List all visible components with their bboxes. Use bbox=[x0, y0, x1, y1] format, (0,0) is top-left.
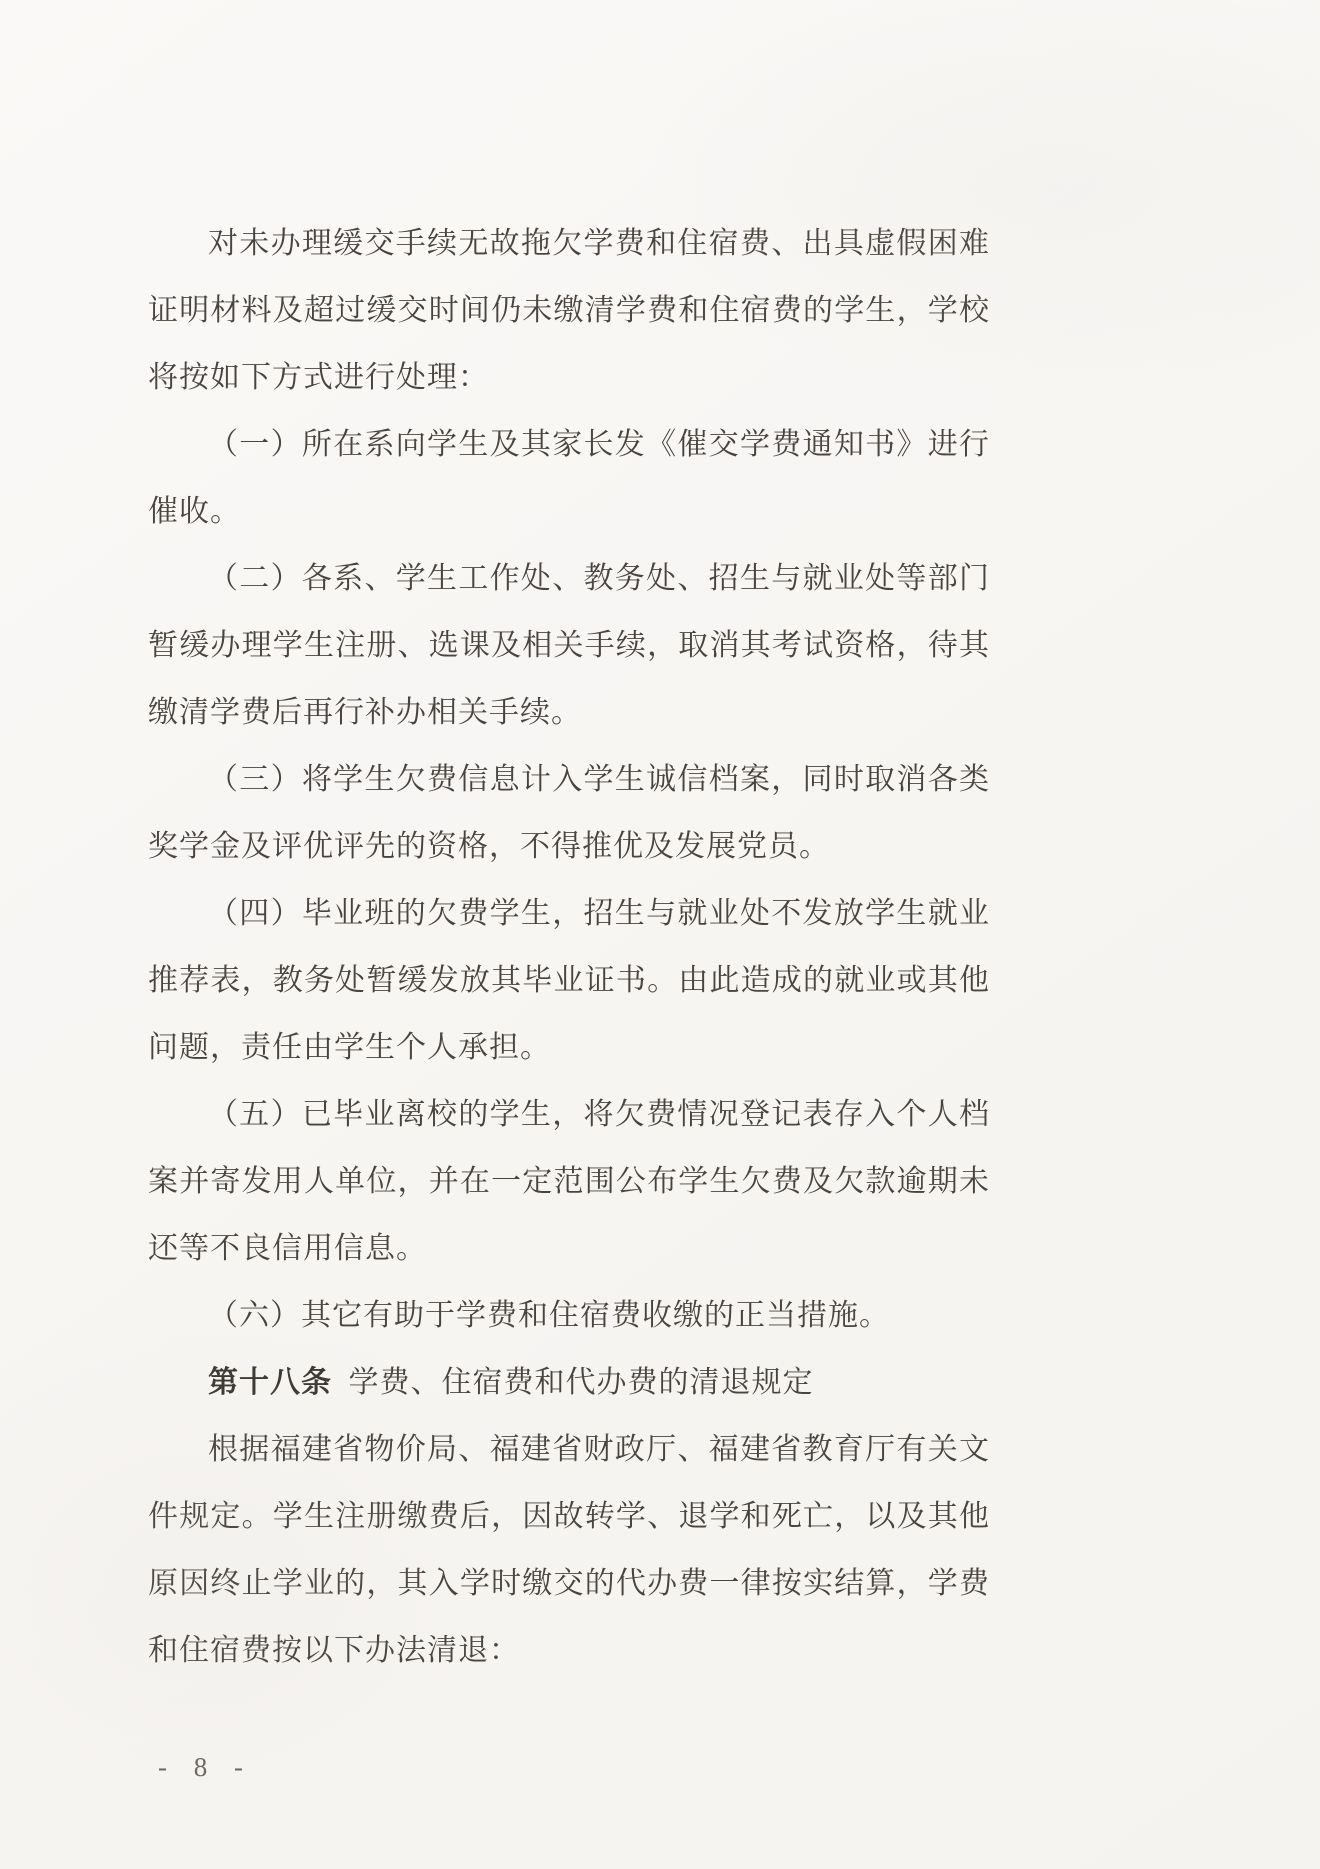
paragraph-text: （一）所在系向学生及其家长发《催交学费通知书》进行催收。 bbox=[148, 428, 990, 528]
paragraph-text: （三）将学生欠费信息计入学生诚信档案，同时取消各类奖学金及评优评先的资格，不得推… bbox=[148, 763, 990, 863]
page-number: - 8 - bbox=[158, 1752, 253, 1783]
paragraph-text: 根据福建省物价局、福建省财政厅、福建省教育厅有关文件规定。学生注册缴费后，因故转… bbox=[148, 1433, 990, 1667]
paragraph: （五）已毕业离校的学生，将欠费情况登记表存入个人档案并寄发用人单位，并在一定范围… bbox=[148, 1081, 990, 1282]
paragraph-text: （六）其它有助于学费和住宿费收缴的正当措施。 bbox=[208, 1299, 890, 1332]
paragraph-text: 对未办理缓交手续无故拖欠学费和住宿费、出具虚假困难证明材料及超过缓交时间仍未缴清… bbox=[148, 227, 990, 394]
paragraph: （四）毕业班的欠费学生，招生与就业处不发放学生就业推荐表，教务处暂缓发放其毕业证… bbox=[148, 880, 990, 1081]
paragraph: 第十八条学费、住宿费和代办费的清退规定 bbox=[148, 1349, 990, 1416]
paragraph: （六）其它有助于学费和住宿费收缴的正当措施。 bbox=[148, 1282, 990, 1349]
paragraph: 根据福建省物价局、福建省财政厅、福建省教育厅有关文件规定。学生注册缴费后，因故转… bbox=[148, 1416, 990, 1684]
paragraph-text: （四）毕业班的欠费学生，招生与就业处不发放学生就业推荐表，教务处暂缓发放其毕业证… bbox=[148, 897, 990, 1064]
paragraph: （三）将学生欠费信息计入学生诚信档案，同时取消各类奖学金及评优评先的资格，不得推… bbox=[148, 746, 990, 880]
paragraph-text: （五）已毕业离校的学生，将欠费情况登记表存入个人档案并寄发用人单位，并在一定范围… bbox=[148, 1098, 990, 1265]
document-body: 对未办理缓交手续无故拖欠学费和住宿费、出具虚假困难证明材料及超过缓交时间仍未缴清… bbox=[148, 210, 990, 1684]
article-number: 第十八条 bbox=[208, 1366, 332, 1399]
paragraph-text: （二）各系、学生工作处、教务处、招生与就业处等部门暂缓办理学生注册、选课及相关手… bbox=[148, 562, 990, 729]
paragraph-text: 学费、住宿费和代办费的清退规定 bbox=[349, 1366, 814, 1399]
paragraph: （一）所在系向学生及其家长发《催交学费通知书》进行催收。 bbox=[148, 411, 990, 545]
paragraph: 对未办理缓交手续无故拖欠学费和住宿费、出具虚假困难证明材料及超过缓交时间仍未缴清… bbox=[148, 210, 990, 411]
paragraph: （二）各系、学生工作处、教务处、招生与就业处等部门暂缓办理学生注册、选课及相关手… bbox=[148, 545, 990, 746]
document-page: 对未办理缓交手续无故拖欠学费和住宿费、出具虚假困难证明材料及超过缓交时间仍未缴清… bbox=[0, 0, 1320, 1869]
